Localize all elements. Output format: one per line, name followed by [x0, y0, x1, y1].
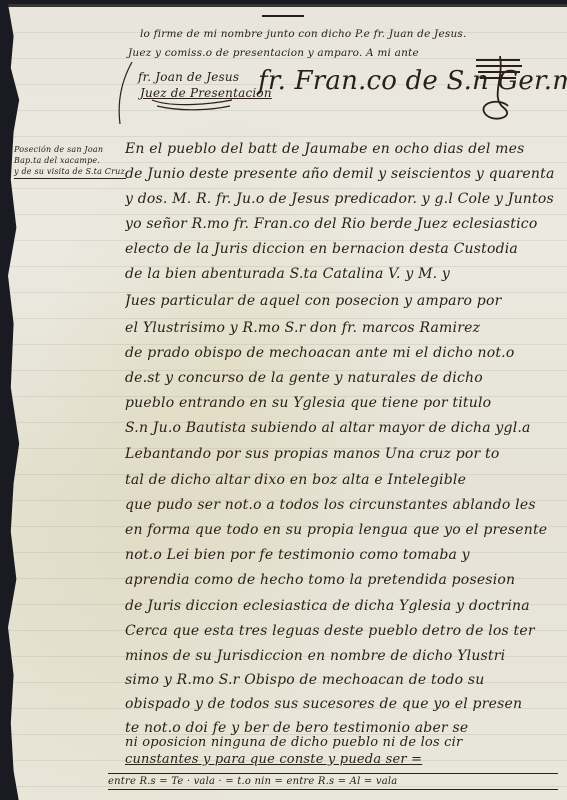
margin-note-line-1: Poseción de san Joan [14, 144, 126, 155]
body-line: y dos. M. R. fr. Ju.o de Jesus predicado… [125, 191, 565, 207]
body-line: de la bien abenturada S.ta Catalina V. y… [125, 266, 565, 282]
margin-note-line-3: y de su visita de S.ta Cruz. [14, 166, 126, 177]
body-line: de Juris diccion eclesiastica de dicha Y… [125, 598, 565, 614]
signature-left-rubric-icon [112, 60, 242, 130]
body-line: pueblo entrando en su Yglesia que tiene … [125, 395, 565, 411]
margin-note-line-2: Bap.ta del xacampe. [14, 155, 126, 166]
body-line: minos de su Jurisdiccion en nombre de di… [125, 648, 565, 664]
body-line: electo de la Juris diccion en bernacion … [125, 241, 565, 257]
body-line: te not.o doi fe y ber de bero testimonio… [125, 720, 565, 736]
body-line: cunstantes y para que conste y pueda ser… [125, 752, 565, 767]
header-line-2: Juez y comiss.o de presentacion y amparo… [128, 47, 419, 59]
top-ink-mark [262, 11, 304, 17]
body-line: yo señor R.mo fr. Fran.co del Rio berde … [125, 216, 565, 232]
body-line: En el pueblo del batt de Jaumabe en ocho… [125, 141, 565, 157]
margin-note: Poseción de san Joan Bap.ta del xacampe.… [14, 144, 126, 179]
body-line: not.o Lei bien por fe testimonio como to… [125, 547, 565, 563]
body-line: ni oposicion ninguna de dicho pueblo ni … [125, 735, 565, 750]
body-line: de prado obispo de mechoacan ante mi el … [125, 345, 565, 361]
body-line: Jues particular de aquel con posecion y … [125, 293, 565, 309]
signature-rubric-icon [470, 48, 530, 128]
body-line: S.n Ju.o Bautista subiendo al altar mayo… [125, 420, 565, 436]
footer-notation: entre R.s = Te · vala · = t.o nin = entr… [108, 773, 558, 790]
body-line: de Junio deste presente año demil y seis… [125, 166, 565, 182]
header-line-1: lo firme de mi nombre junto con dicho P.… [140, 28, 467, 40]
body-line: el Ylustrisimo y R.mo S.r don fr. marcos… [125, 320, 565, 336]
body-line: Lebantando por sus propias manos Una cru… [125, 446, 565, 462]
body-line: de.st y concurso de la gente y naturales… [125, 370, 565, 386]
body-line: Cerca que esta tres leguas deste pueblo … [125, 623, 565, 639]
body-line: aprendia como de hecho tomo la pretendid… [125, 572, 565, 588]
body-line: en forma que todo en su propia lengua qu… [125, 522, 565, 538]
body-line: tal de dicho altar dixo en boz alta e In… [125, 472, 565, 488]
body-line: que pudo ser not.o a todos los circunsta… [125, 497, 565, 513]
body-line: simo y R.mo S.r Obispo de mechoacan de t… [125, 672, 565, 688]
body-line: obispado y de todos sus sucesores de que… [125, 696, 565, 712]
